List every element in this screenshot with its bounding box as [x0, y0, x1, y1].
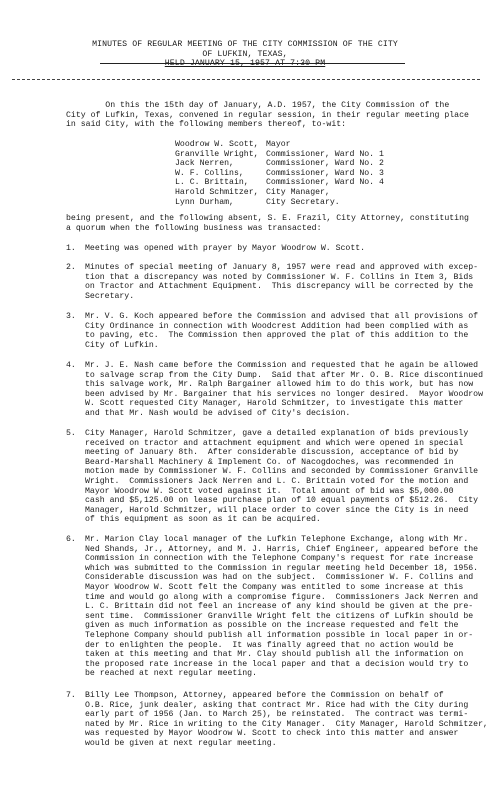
member-role: Commissioner, Ward No. 3	[266, 169, 384, 178]
item-number: 6.	[66, 535, 84, 545]
member-row: Lynn Durham,City Secretary.	[175, 198, 384, 208]
item-text: City Manager, Harold Schmitzer, gave a d…	[85, 429, 478, 525]
title-line-1: MINUTES OF REGULAR MEETING OF THE CITY C…	[0, 40, 490, 50]
document-header: MINUTES OF REGULAR MEETING OF THE CITY C…	[0, 40, 490, 69]
item-text: Mr. Marion Clay local manager of the Luf…	[85, 535, 478, 679]
member-name: Lynn Durham,	[175, 198, 266, 208]
item-number: 7.	[66, 691, 84, 701]
member-row: Harold Schmitzer,City Manager,	[175, 188, 384, 198]
members-list: Woodrow W. Scott,Mayor Granville Wright,…	[175, 140, 384, 207]
item-number: 1.	[66, 244, 84, 254]
item-number: 3.	[66, 312, 84, 322]
member-name: Harold Schmitzer,	[175, 188, 266, 198]
member-name: Jack Nerren,	[175, 159, 266, 169]
member-name: Woodrow W. Scott,	[175, 140, 266, 150]
member-row: W. F. Collins,Commissioner, Ward No. 3	[175, 169, 384, 179]
member-role: Mayor	[266, 140, 291, 149]
member-role: Commissioner, Ward No. 2	[266, 159, 384, 168]
member-row: L. C. Brittain,Commissioner, Ward No. 4	[175, 178, 384, 188]
item-number: 4.	[66, 361, 84, 371]
dashed-separator	[12, 79, 480, 80]
title-line-2: OF LUFKIN, TEXAS,	[0, 50, 490, 60]
item-text: Meeting was opened with prayer by Mayor …	[85, 244, 365, 254]
item-text: Minutes of special meeting of January 8,…	[85, 263, 478, 301]
member-name: W. F. Collins,	[175, 169, 266, 179]
member-role: City Manager,	[266, 188, 330, 197]
member-row: Woodrow W. Scott,Mayor	[175, 140, 384, 150]
document-page: MINUTES OF REGULAR MEETING OF THE CITY C…	[0, 0, 490, 800]
item-text: Billy Lee Thompson, Attorney, appeared b…	[85, 691, 488, 749]
member-name: Granville Wright,	[175, 150, 266, 160]
item-number: 2.	[66, 263, 84, 273]
header-underline	[100, 63, 405, 64]
member-role: City Secretary.	[266, 198, 340, 207]
item-text: Mr. J. E. Nash came before the Commissio…	[85, 361, 483, 419]
item-text: Mr. V. G. Koch appeared before the Commi…	[85, 312, 478, 350]
member-role: Commissioner, Ward No. 1	[266, 150, 384, 159]
member-row: Granville Wright,Commissioner, Ward No. …	[175, 150, 384, 160]
quorum-paragraph: being present, and the following absent,…	[66, 214, 466, 233]
item-number: 5.	[66, 429, 84, 439]
member-row: Jack Nerren,Commissioner, Ward No. 2	[175, 159, 384, 169]
member-role: Commissioner, Ward No. 4	[266, 178, 384, 187]
intro-paragraph: On this the 15th day of January, A.D. 19…	[66, 101, 466, 130]
member-name: L. C. Brittain,	[175, 178, 266, 188]
